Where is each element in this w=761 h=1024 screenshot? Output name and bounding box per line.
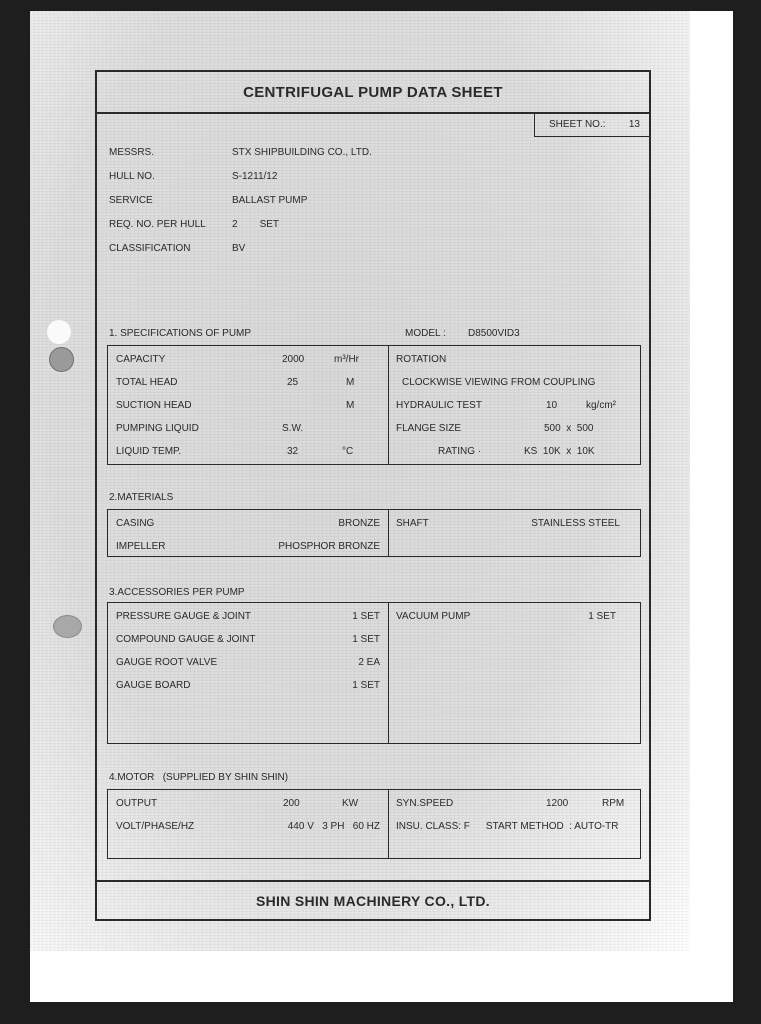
material-row: IMPELLER PHOSPHOR BRONZE [116,538,380,554]
rating-value: KS 10K x 10K [524,446,595,457]
material-value: BRONZE [338,518,380,529]
spec-label: LIQUID TEMP. [116,446,380,457]
accessory-row: VACUUM PUMP 1 SET [396,608,616,624]
rating-label: RATING · [438,446,481,457]
section-title-accessories: 3.ACCESSORIES PER PUMP [109,587,245,598]
spec-value: 2000 [282,354,304,365]
info-row-hull-no: HULL NO. S-1211/12 [109,164,372,188]
material-row: CASING BRONZE [116,515,380,531]
info-label: HULL NO. [109,171,232,182]
output-value: 200 [283,798,300,809]
flange-size-label: FLANGE SIZE [396,423,632,434]
material-row: SHAFT STAINLESS STEEL [396,515,620,531]
spec-row: RATING · KS 10K x 10K [396,443,632,459]
spec-row: CLOCKWISE VIEWING FROM COUPLING [402,374,632,390]
info-label: SERVICE [109,195,232,206]
volt-phase-hz-label: VOLT/PHASE/HZ [116,821,288,832]
spec-row: SUCTION HEAD M [116,397,380,413]
spec-row: PUMPING LIQUID S.W. [116,420,380,436]
info-row-service: SERVICE BALLAST PUMP [109,188,372,212]
material-label: SHAFT [396,518,531,529]
accessory-qty: 1 SET [352,680,380,691]
flange-size-value: 500 x 500 [544,423,593,434]
material-value: PHOSPHOR BRONZE [278,541,380,552]
accessories-table: PRESSURE GAUGE & JOINT 1 SET COMPOUND GA… [107,602,641,744]
sheet-number-value: 13 [629,119,640,130]
data-sheet-frame: CENTRIFUGAL PUMP DATA SHEET SHEET NO.: 1… [95,70,651,921]
motor-row: SYN.SPEED 1200 RPM [396,795,632,811]
motor-table: OUTPUT 200 KW VOLT/PHASE/HZ 440 V 3 PH 6… [107,789,641,859]
spec-unit: M [346,400,354,411]
motor-right-column: SYN.SPEED 1200 RPM INSU. CLASS: F START … [388,790,640,858]
info-row-messrs: MESSRS. STX SHIPBUILDING CO., LTD. [109,140,372,164]
output-label: OUTPUT [116,798,380,809]
info-label: REQ. NO. PER HULL [109,219,232,230]
model-value: D8500VID3 [468,328,520,339]
header-info: MESSRS. STX SHIPBUILDING CO., LTD. HULL … [109,140,372,260]
spec-unit: m³/Hr [334,354,359,365]
spec-unit: M [346,377,354,388]
material-label: IMPELLER [116,541,278,552]
accessory-label: COMPOUND GAUGE & JOINT [116,634,352,645]
volt-phase-hz-value: 440 V 3 PH 60 HZ [288,821,380,832]
accessory-qty: 2 EA [358,657,380,668]
section-title-specifications: 1. SPECIFICATIONS OF PUMP [109,328,251,339]
accessory-label: VACUUM PUMP [396,611,588,622]
accessory-row: COMPOUND GAUGE & JOINT 1 SET [116,631,380,647]
spec-row: FLANGE SIZE 500 x 500 [396,420,632,436]
syn-speed-label: SYN.SPEED [396,798,632,809]
sheet-number-label: SHEET NO.: [549,119,606,130]
rotation-value: CLOCKWISE VIEWING FROM COUPLING [402,377,632,388]
spec-value: 25 [287,377,298,388]
accessory-label: GAUGE ROOT VALVE [116,657,358,668]
syn-speed-value: 1200 [546,798,568,809]
spec-row: ROTATION [396,351,632,367]
accessory-label: PRESSURE GAUGE & JOINT [116,611,352,622]
spec-unit: °C [342,446,353,457]
materials-table: CASING BRONZE IMPELLER PHOSPHOR BRONZE S… [107,509,641,557]
start-method: START METHOD : AUTO-TR [486,821,619,832]
output-unit: KW [342,798,358,809]
material-label: CASING [116,518,338,529]
spec-label: SUCTION HEAD [116,400,380,411]
spec-label: TOTAL HEAD [116,377,380,388]
punch-hole-mark [49,347,74,372]
info-value: 2 [232,219,238,230]
accessories-left-column: PRESSURE GAUGE & JOINT 1 SET COMPOUND GA… [108,603,389,743]
materials-left-column: CASING BRONZE IMPELLER PHOSPHOR BRONZE [108,510,389,556]
section-title-materials: 2.MATERIALS [109,492,173,503]
info-value: BV [232,243,245,254]
info-label: CLASSIFICATION [109,243,232,254]
motor-row: VOLT/PHASE/HZ 440 V 3 PH 60 HZ [116,818,380,834]
info-unit: SET [260,219,279,230]
spec-row: TOTAL HEAD 25 M [116,374,380,390]
info-value: STX SHIPBUILDING CO., LTD. [232,147,372,158]
materials-right-column: SHAFT STAINLESS STEEL [388,510,640,556]
spec-row: CAPACITY 2000 m³/Hr [116,351,380,367]
spec-row: HYDRAULIC TEST 10 kg/cm² [396,397,632,413]
punch-hole-mark [53,615,82,638]
accessory-row: GAUGE BOARD 1 SET [116,677,380,693]
info-row-req-no: REQ. NO. PER HULL 2 SET [109,212,372,236]
rotation-label: ROTATION [396,354,632,365]
accessory-qty: 1 SET [588,611,616,622]
hydraulic-test-unit: kg/cm² [586,400,616,411]
info-value: BALLAST PUMP [232,195,307,206]
spec-value: S.W. [282,423,303,434]
specifications-table: CAPACITY 2000 m³/Hr TOTAL HEAD 25 M SUCT… [107,345,641,465]
spec-label: PUMPING LIQUID [116,423,380,434]
company-footer: SHIN SHIN MACHINERY CO., LTD. [97,882,649,919]
punch-hole-mark [47,320,71,344]
insulation-class: INSU. CLASS: F [396,821,470,832]
model-label: MODEL : [405,328,446,339]
accessory-label: GAUGE BOARD [116,680,352,691]
accessory-qty: 1 SET [352,611,380,622]
material-value: STAINLESS STEEL [531,518,620,529]
motor-row: OUTPUT 200 KW [116,795,380,811]
hydraulic-test-value: 10 [546,400,557,411]
accessory-qty: 1 SET [352,634,380,645]
spec-row: LIQUID TEMP. 32 °C [116,443,380,459]
info-row-classification: CLASSIFICATION BV [109,236,372,260]
section-title-motor: 4.MOTOR (SUPPLIED BY SHIN SHIN) [109,772,288,783]
info-label: MESSRS. [109,147,232,158]
document-title: CENTRIFUGAL PUMP DATA SHEET [97,72,649,114]
info-value: S-1211/12 [232,171,277,182]
specifications-left-column: CAPACITY 2000 m³/Hr TOTAL HEAD 25 M SUCT… [108,346,389,464]
syn-speed-unit: RPM [602,798,624,809]
accessories-right-column: VACUUM PUMP 1 SET [388,603,640,743]
motor-left-column: OUTPUT 200 KW VOLT/PHASE/HZ 440 V 3 PH 6… [108,790,389,858]
accessory-row: GAUGE ROOT VALVE 2 EA [116,654,380,670]
accessory-row: PRESSURE GAUGE & JOINT 1 SET [116,608,380,624]
sheet-number-box: SHEET NO.: 13 [534,112,651,137]
specifications-right-column: ROTATION CLOCKWISE VIEWING FROM COUPLING… [388,346,640,464]
spec-value: 32 [287,446,298,457]
motor-row: INSU. CLASS: F START METHOD : AUTO-TR [396,818,632,834]
